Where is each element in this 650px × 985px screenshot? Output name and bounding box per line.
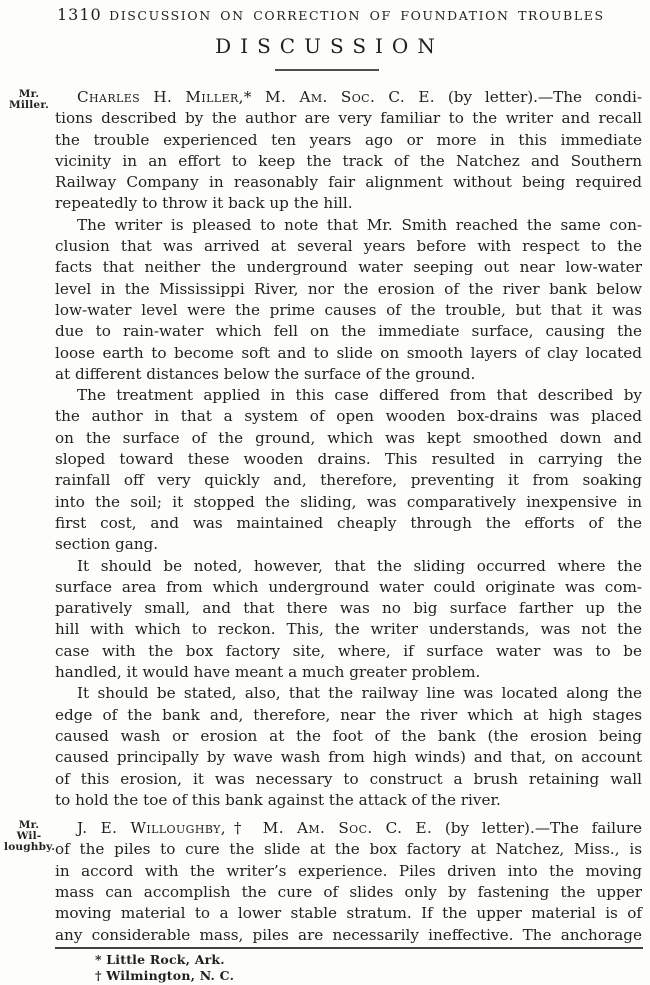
- text-run: case with the box factory site, where, i…: [55, 642, 642, 660]
- text-run: level in the Mississippi River, nor the …: [55, 280, 642, 298]
- text-line: It should be stated, also, that the rail…: [55, 683, 642, 704]
- text-run: The writer is pleased to note that Mr. S…: [77, 216, 642, 234]
- text-run: of this erosion, it was necessary to con…: [55, 770, 642, 788]
- margin-note: Mr.Wil-loughby.: [4, 820, 54, 854]
- running-header: 1310 DISCUSSION ON CORRECTION OF FOUNDAT…: [57, 5, 612, 24]
- text-run: section gang.: [55, 535, 158, 553]
- running-title: DISCUSSION ON CORRECTION OF FOUNDATION T…: [102, 6, 612, 23]
- paragraph: Charles H. Miller,* M. Am. Soc. C. E. (b…: [55, 87, 642, 215]
- text-line: surface area from which underground wate…: [55, 577, 642, 598]
- page-number: 1310: [57, 5, 102, 24]
- paragraph: The writer is pleased to note that Mr. S…: [55, 215, 642, 385]
- text-run: due to rain-water which fell on the imme…: [55, 322, 642, 340]
- speaker-name: Charles H. Miller,* M. Am. Soc. C. E.: [77, 88, 435, 106]
- text-run: the trouble experienced ten years ago or…: [55, 131, 642, 149]
- paragraph: J. E. Willoughby,† M. Am. Soc. C. E. (by…: [55, 818, 642, 946]
- text-run: edge of the bank and, therefore, near th…: [55, 706, 642, 724]
- text-run: (by letter).—The condi-: [435, 88, 642, 106]
- paragraph: It should be stated, also, that the rail…: [55, 683, 642, 811]
- text-run: repeatedly to throw it back up the hill.: [55, 194, 353, 212]
- text-run: paratively small, and that there was no …: [55, 599, 642, 617]
- text-line: paratively small, and that there was no …: [55, 598, 642, 619]
- paragraph: It should be noted, however, that the sl…: [55, 556, 642, 684]
- text-run: any considerable mass, piles are necessa…: [55, 926, 642, 944]
- margin-note-line: Miller.: [4, 100, 54, 111]
- text-line: first cost, and was maintained cheaply t…: [55, 513, 642, 534]
- text-run: Railway Company in reasonably fair align…: [55, 173, 642, 191]
- text-line: caused principally by wave wash from hig…: [55, 747, 642, 768]
- text-line: clusion that was arrived at several year…: [55, 236, 642, 257]
- text-line: low-water level were the prime causes of…: [55, 300, 642, 321]
- text-run: of the piles to cure the slide at the bo…: [55, 840, 642, 858]
- speaker-name: J. E. Willoughby,† M. Am. Soc. C. E.: [77, 819, 432, 837]
- paragraph: The treatment applied in this case diffe…: [55, 385, 642, 555]
- text-run: sloped toward these wooden drains. This …: [55, 450, 642, 468]
- text-run: rainfall off very quickly and, therefore…: [55, 471, 642, 489]
- body-text: Charles H. Miller,* M. Am. Soc. C. E. (b…: [55, 87, 642, 946]
- text-line: the trouble experienced ten years ago or…: [55, 130, 642, 151]
- text-line: rainfall off very quickly and, therefore…: [55, 470, 642, 491]
- section-title: DISCUSSION: [0, 34, 650, 58]
- text-run: It should be stated, also, that the rail…: [77, 684, 642, 702]
- text-line: section gang.: [55, 534, 642, 555]
- text-run: caused wash or erosion at the foot of th…: [55, 727, 642, 745]
- text-run: It should be noted, however, that the sl…: [77, 557, 642, 575]
- text-line: mass can accomplish the cure of slides o…: [55, 882, 642, 903]
- text-run: at different distances below the surface…: [55, 365, 475, 383]
- footnote-rule: [55, 947, 643, 949]
- text-line: hill with which to reckon. This, the wri…: [55, 619, 642, 640]
- text-run: the author in that a system of open wood…: [55, 407, 642, 425]
- text-line: any considerable mass, piles are necessa…: [55, 925, 642, 946]
- text-line: J. E. Willoughby,† M. Am. Soc. C. E. (by…: [55, 818, 642, 839]
- text-line: repeatedly to throw it back up the hill.: [55, 193, 642, 214]
- text-line: Charles H. Miller,* M. Am. Soc. C. E. (b…: [55, 87, 642, 108]
- text-run: low-water level were the prime causes of…: [55, 301, 642, 319]
- text-run: (by letter).—The failure: [432, 819, 642, 837]
- text-line: of the piles to cure the slide at the bo…: [55, 839, 642, 860]
- margin-note: Mr.Miller.: [4, 89, 54, 111]
- text-run: The treatment applied in this case diffe…: [77, 386, 642, 404]
- text-line: due to rain-water which fell on the imme…: [55, 321, 642, 342]
- text-run: moving material to a lower stable stratu…: [55, 904, 642, 922]
- text-run: clusion that was arrived at several year…: [55, 237, 642, 255]
- text-run: to hold the toe of this bank against the…: [55, 791, 501, 809]
- text-run: in accord with the writer’s experience. …: [55, 862, 642, 880]
- text-run: handled, it would have meant a much grea…: [55, 663, 480, 681]
- text-line: sloped toward these wooden drains. This …: [55, 449, 642, 470]
- margin-note-line: loughby.: [4, 842, 54, 853]
- text-line: tions described by the author are very f…: [55, 108, 642, 129]
- text-line: in accord with the writer’s experience. …: [55, 861, 642, 882]
- text-line: It should be noted, however, that the sl…: [55, 556, 642, 577]
- text-line: Railway Company in reasonably fair align…: [55, 172, 642, 193]
- document-page: 1310 DISCUSSION ON CORRECTION OF FOUNDAT…: [0, 0, 650, 985]
- text-run: first cost, and was maintained cheaply t…: [55, 514, 642, 532]
- text-run: into the soil; it stopped the sliding, w…: [55, 493, 642, 511]
- title-rule: [275, 69, 379, 71]
- text-run: mass can accomplish the cure of slides o…: [55, 883, 642, 901]
- text-run: vicinity in an effort to keep the track …: [55, 152, 642, 170]
- text-run: loose earth to become soft and to slide …: [55, 344, 642, 362]
- text-line: case with the box factory site, where, i…: [55, 641, 642, 662]
- text-line: The treatment applied in this case diffe…: [55, 385, 642, 406]
- text-line: vicinity in an effort to keep the track …: [55, 151, 642, 172]
- text-run: caused principally by wave wash from hig…: [55, 748, 642, 766]
- text-run: tions described by the author are very f…: [55, 109, 642, 127]
- text-line: to hold the toe of this bank against the…: [55, 790, 642, 811]
- text-line: level in the Mississippi River, nor the …: [55, 279, 642, 300]
- footnotes: * Little Rock, Ark.† Wilmington, N. C.: [95, 952, 234, 984]
- text-line: facts that neither the underground water…: [55, 257, 642, 278]
- text-line: at different distances below the surface…: [55, 364, 642, 385]
- text-line: loose earth to become soft and to slide …: [55, 343, 642, 364]
- text-line: handled, it would have meant a much grea…: [55, 662, 642, 683]
- text-line: into the soil; it stopped the sliding, w…: [55, 492, 642, 513]
- text-line: caused wash or erosion at the foot of th…: [55, 726, 642, 747]
- footnote: † Wilmington, N. C.: [95, 968, 234, 984]
- text-line: edge of the bank and, therefore, near th…: [55, 705, 642, 726]
- text-line: on the surface of the ground, which was …: [55, 428, 642, 449]
- text-run: hill with which to reckon. This, the wri…: [55, 620, 642, 638]
- text-run: facts that neither the underground water…: [55, 258, 642, 276]
- text-line: the author in that a system of open wood…: [55, 406, 642, 427]
- text-line: of this erosion, it was necessary to con…: [55, 769, 642, 790]
- footnote: * Little Rock, Ark.: [95, 952, 234, 968]
- text-line: The writer is pleased to note that Mr. S…: [55, 215, 642, 236]
- text-run: on the surface of the ground, which was …: [55, 429, 642, 447]
- text-line: moving material to a lower stable stratu…: [55, 903, 642, 924]
- text-run: surface area from which underground wate…: [55, 578, 642, 596]
